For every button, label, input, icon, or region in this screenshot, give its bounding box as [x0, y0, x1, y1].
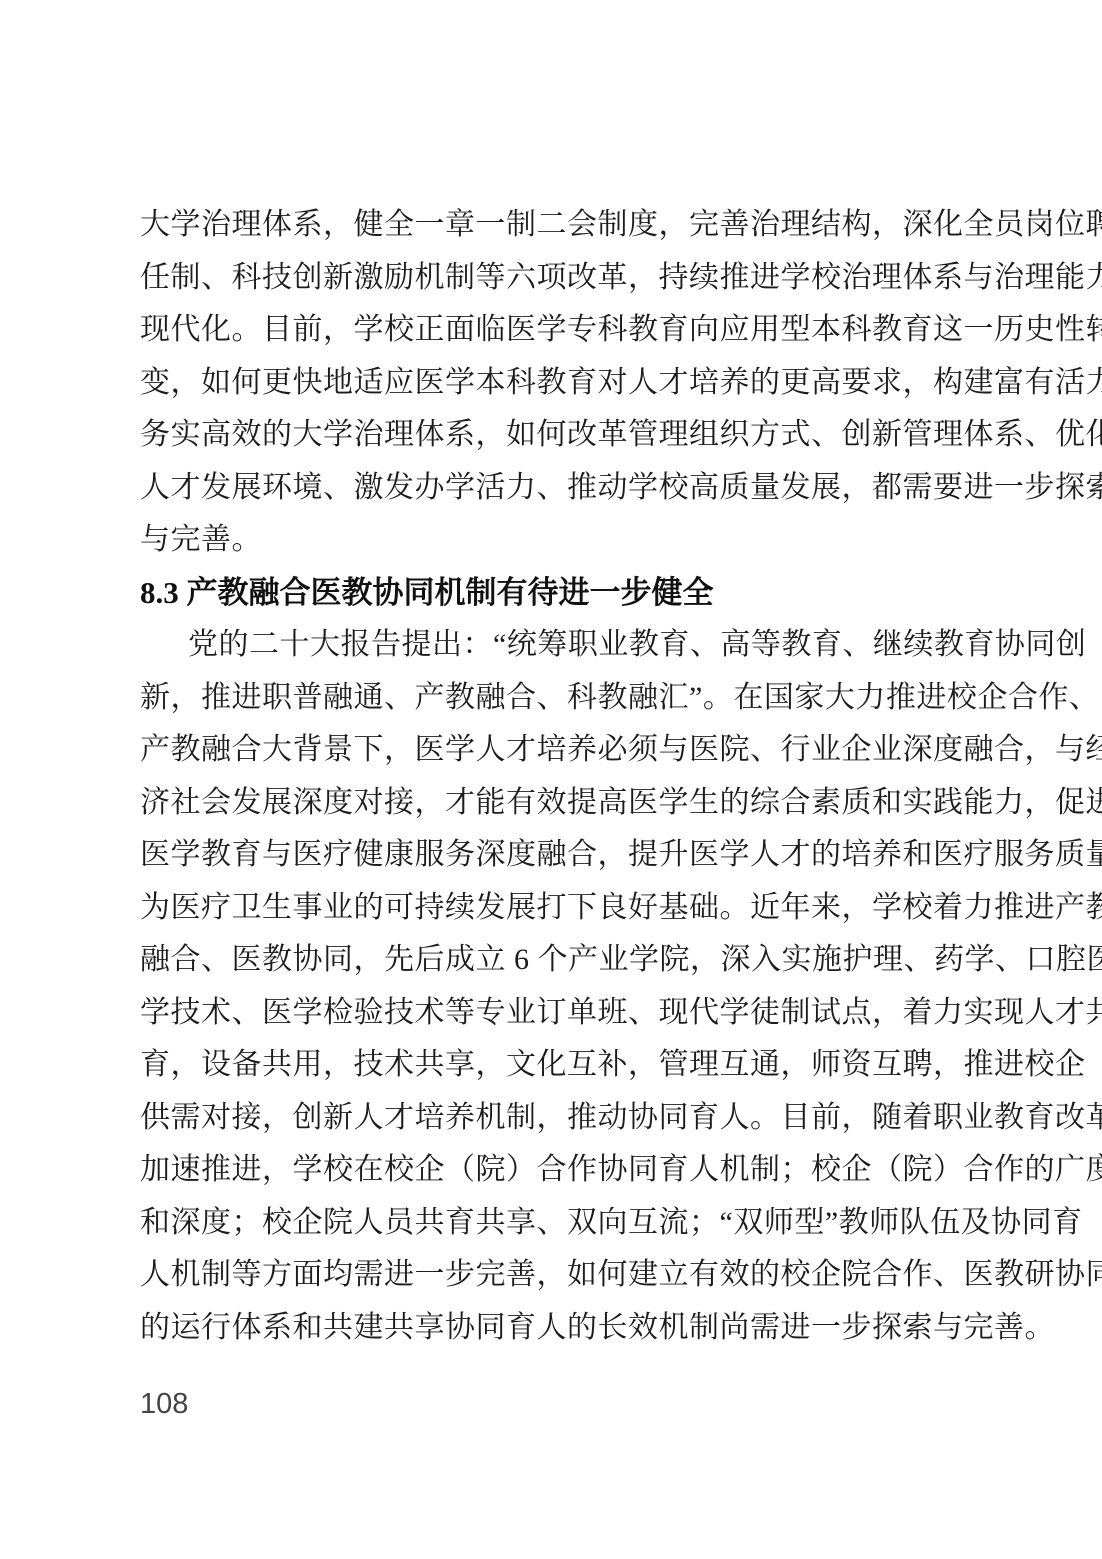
paragraph-1-line: 务实高效的大学治理体系，如何改革管理组织方式、创新管理体系、优化	[140, 409, 962, 462]
paragraph-2-line: 产教融合大背景下，医学人才培养必须与医院、行业企业深度融合，与经	[140, 724, 962, 777]
paragraph-2-line: 新，推进职普融通、产教融合、科教融汇”。在国家大力推进校企合作、	[140, 672, 962, 725]
paragraph-2-line: 的运行体系和共建共享协同育人的长效机制尚需进一步探索与完善。	[140, 1302, 962, 1355]
paragraph-2-line: 融合、医教协同，先后成立 6 个产业学院，深入实施护理、药学、口腔医	[140, 934, 962, 987]
paragraph-1-line: 变，如何更快地适应医学本科教育对人才培养的更高要求，构建富有活力、	[140, 357, 962, 410]
paragraph-2-line: 人机制等方面均需进一步完善，如何建立有效的校企院合作、医教研协同	[140, 1249, 962, 1302]
paragraph-2-line: 加速推进，学校在校企（院）合作协同育人机制；校企（院）合作的广度	[140, 1144, 962, 1197]
document-page: 大学治理体系，健全一章一制二会制度，完善治理结构，深化全员岗位聘 任制、科技创新…	[0, 0, 1102, 1559]
paragraph-2-line: 为医疗卫生事业的可持续发展打下良好基础。近年来，学校着力推进产教	[140, 882, 962, 935]
paragraph-2-line: 和深度；校企院人员共育共享、双向互流；“双师型”教师队伍及协同育	[140, 1197, 962, 1250]
page-number: 108	[140, 1388, 188, 1420]
paragraph-2-line: 党的二十大报告提出：“统筹职业教育、高等教育、继续教育协同创	[140, 619, 962, 672]
paragraph-1-line: 大学治理体系，健全一章一制二会制度，完善治理结构，深化全员岗位聘	[140, 199, 962, 252]
paragraph-1-line: 任制、科技创新激励机制等六项改革，持续推进学校治理体系与治理能力	[140, 252, 962, 305]
section-heading-8-3: 8.3 产教融合医教协同机制有待进一步健全	[140, 567, 962, 620]
paragraph-2-line: 学技术、医学检验技术等专业订单班、现代学徒制试点，着力实现人才共	[140, 987, 962, 1040]
paragraph-1-line: 现代化。目前，学校正面临医学专科教育向应用型本科教育这一历史性转	[140, 304, 962, 357]
text-block: 大学治理体系，健全一章一制二会制度，完善治理结构，深化全员岗位聘 任制、科技创新…	[140, 199, 962, 1354]
paragraph-2-line: 济社会发展深度对接，才能有效提高医学生的综合素质和实践能力，促进	[140, 777, 962, 830]
paragraph-1: 大学治理体系，健全一章一制二会制度，完善治理结构，深化全员岗位聘 任制、科技创新…	[140, 199, 962, 567]
paragraph-1-line: 人才发展环境、激发办学活力、推动学校高质量发展，都需要进一步探索	[140, 462, 962, 515]
paragraph-2: 党的二十大报告提出：“统筹职业教育、高等教育、继续教育协同创 新，推进职普融通、…	[140, 619, 962, 1354]
paragraph-2-line: 育，设备共用，技术共享，文化互补，管理互通，师资互聘，推进校企（院）	[140, 1039, 962, 1092]
paragraph-1-line: 与完善。	[140, 514, 962, 567]
paragraph-2-line: 医学教育与医疗健康服务深度融合，提升医学人才的培养和医疗服务质量，	[140, 829, 962, 882]
paragraph-2-line: 供需对接，创新人才培养机制，推动协同育人。目前，随着职业教育改革	[140, 1092, 962, 1145]
